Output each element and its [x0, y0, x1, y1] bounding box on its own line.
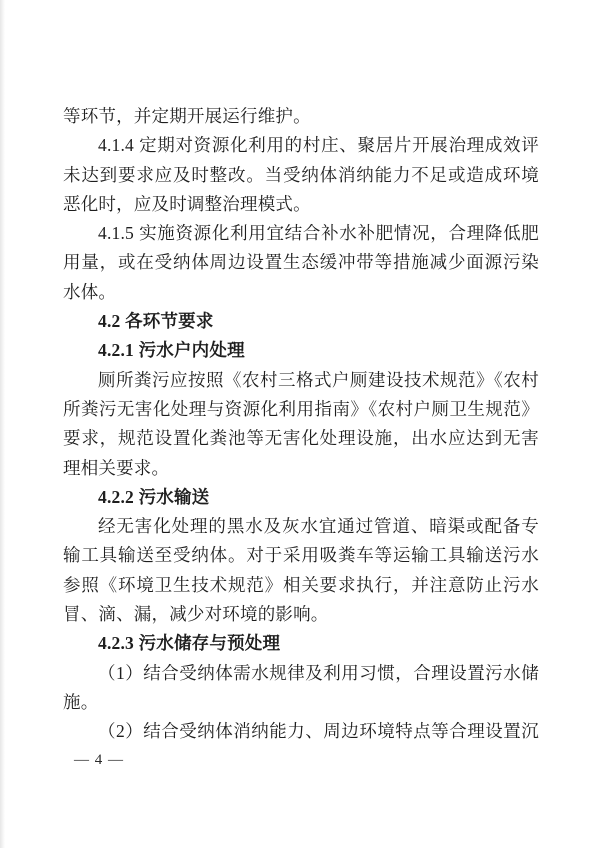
- document-body: 等环节，并定期开展运行维护。 4.1.4 定期对资源化利用的村庄、聚居片开展治理…: [63, 102, 539, 747]
- clause-4-1-5: 4.1.5 实施资源化利用宜结合补水补肥情况，合理降低肥料施: [63, 219, 539, 248]
- text-line: 用量，或在受纳体周边设置生态缓冲带等措施减少面源污染进入: [63, 248, 539, 277]
- document-page: 等环节，并定期开展运行维护。 4.1.4 定期对资源化利用的村庄、聚居片开展治理…: [0, 0, 600, 848]
- page-number: — 4 —: [74, 752, 124, 769]
- scan-edge-shadow: [0, 0, 5, 848]
- text-line: 参照《环境卫生技术规范》相关要求执行，并注意防止污水跑、: [63, 571, 539, 600]
- text-line: 恶化时，应及时调整治理模式。: [63, 190, 539, 219]
- clause-4-1-4: 4.1.4 定期对资源化利用的村庄、聚居片开展治理成效评估，: [63, 131, 539, 160]
- text-line: 水体。: [63, 278, 539, 307]
- list-item-2: （2）结合受纳体消纳能力、周边环境特点等合理设置沉淀、: [63, 717, 539, 746]
- text-line: 要求，规范设置化粪池等无害化处理设施，出水应达到无害化处: [63, 424, 539, 453]
- text-line: 输工具输送至受纳体。对于采用吸粪车等运输工具输送污水时可: [63, 541, 539, 570]
- text-line: 厕所粪污应按照《农村三格式户厕建设技术规范》《农村厕: [63, 366, 539, 395]
- text-line: 所粪污无害化处理与资源化利用指南》《农村户厕卫生规范》等: [63, 395, 539, 424]
- heading-4-2-3: 4.2.3 污水储存与预处理: [63, 629, 539, 658]
- list-item-1: （1）结合受纳体需水规律及利用习惯，合理设置污水储存设: [63, 659, 539, 688]
- text-line: 经无害化处理的黑水及灰水宜通过管道、暗渠或配备专业运: [63, 512, 539, 541]
- text-line: 冒、滴、漏，减少对环境的影响。: [63, 600, 539, 629]
- text-line: 施。: [63, 688, 539, 717]
- text-line: 理相关要求。: [63, 454, 539, 483]
- heading-4-2-1: 4.2.1 污水户内处理: [63, 336, 539, 365]
- heading-4-2-2: 4.2.2 污水输送: [63, 483, 539, 512]
- text-line: 等环节，并定期开展运行维护。: [63, 102, 539, 131]
- text-line: 未达到要求应及时整改。当受纳体消纳能力不足或造成环境质量: [63, 161, 539, 190]
- heading-4-2: 4.2 各环节要求: [63, 307, 539, 336]
